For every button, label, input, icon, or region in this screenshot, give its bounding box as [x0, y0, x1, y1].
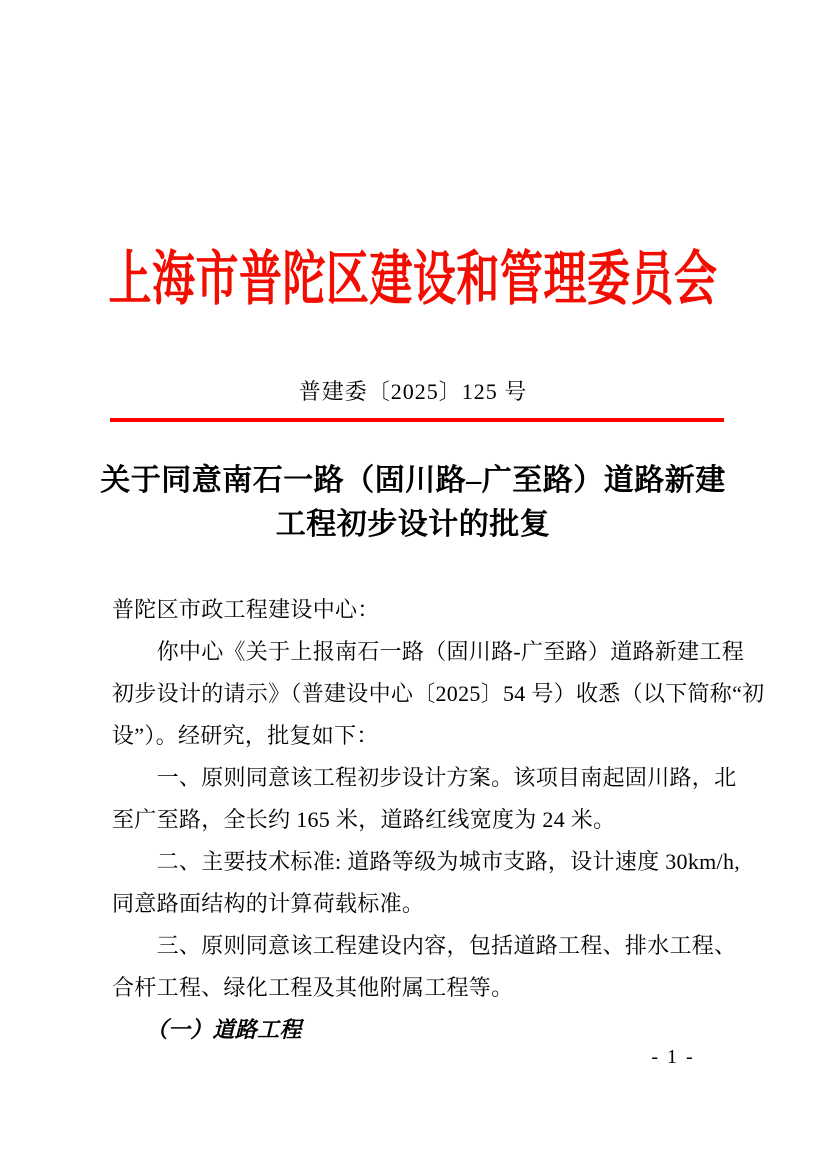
body-line-subheading: （一）道路工程 — [112, 1009, 742, 1051]
doc-number: 普建委〔2025〕125 号 — [0, 375, 826, 406]
body-line: 二、主要技术标准: 道路等级为城市支路，设计速度 30km/h, — [112, 841, 742, 883]
body-line: 你中心《关于上报南石一路（固川路-广至路）道路新建工程 — [112, 631, 742, 673]
page-number: - 1 - — [623, 1046, 723, 1069]
body-line: 三、原则同意该工程建设内容，包括道路工程、排水工程、 — [112, 925, 742, 967]
body-line: 设”）。经研究，批复如下： — [112, 715, 742, 757]
title-line-2: 工程初步设计的批复 — [0, 503, 826, 547]
body-line: 初步设计的请示》（普建设中心〔2025〕54 号）收悉（以下简称“初 — [112, 673, 742, 715]
body-line: 至广至路，全长约 165 米，道路红线宽度为 24 米。 — [112, 799, 742, 841]
document-body: 普陀区市政工程建设中心： 你中心《关于上报南石一路（固川路-广至路）道路新建工程… — [112, 589, 742, 1051]
red-divider-line — [110, 418, 724, 422]
title-line-1: 关于同意南石一路（固川路–广至路）道路新建 — [0, 459, 826, 503]
org-name-header: 上海市普陀区建设和管理委员会 — [0, 233, 826, 317]
document-title: 关于同意南石一路（固川路–广至路）道路新建 工程初步设计的批复 — [0, 459, 826, 547]
body-line: 合杆工程、绿化工程及其他附属工程等。 — [112, 967, 742, 1009]
document-page: 上海市普陀区建设和管理委员会 普建委〔2025〕125 号 关于同意南石一路（固… — [0, 0, 826, 1169]
body-line: 同意路面结构的计算荷载标准。 — [112, 883, 742, 925]
body-line: 普陀区市政工程建设中心： — [112, 589, 742, 631]
body-line: 一、原则同意该工程初步设计方案。该项目南起固川路，北 — [112, 757, 742, 799]
